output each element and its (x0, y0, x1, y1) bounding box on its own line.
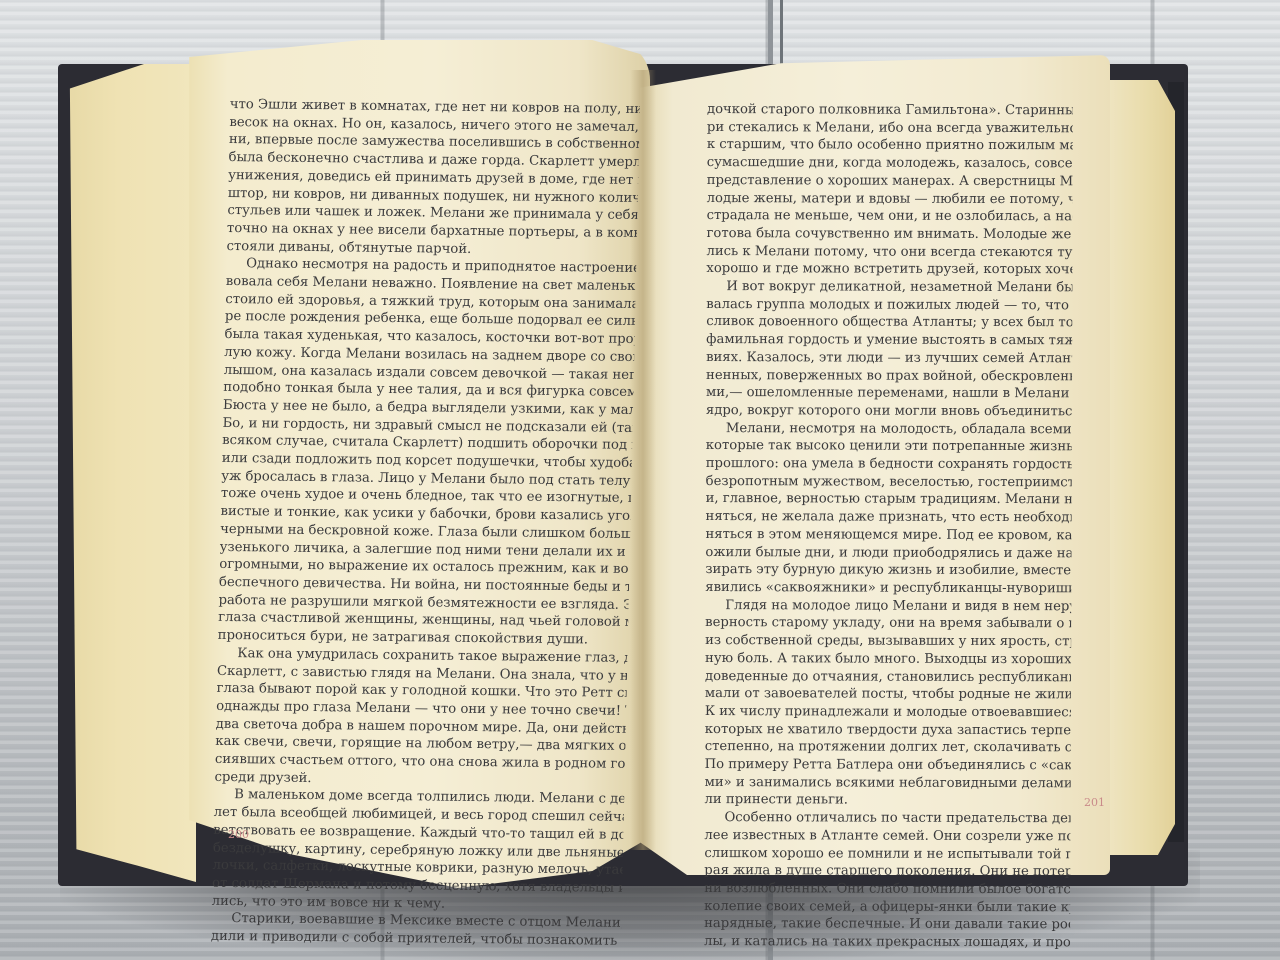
right-page-text: дочкой старого полковника Гамильтона». С… (704, 101, 1073, 952)
text-line: ри стекались к Мелани, ибо она всегда ув… (707, 119, 1073, 138)
text-line: Особенно отличались по части предательст… (704, 809, 1070, 828)
text-line: готова была сочувственно им внимать. Мол… (707, 225, 1073, 244)
text-line: сливок довоенного общества Атланты; у вс… (706, 313, 1072, 332)
text-line: доведенные до отчаяния, становились респ… (705, 667, 1071, 686)
text-line: лодые жены, матери и вдовы — любили ее п… (707, 190, 1073, 209)
text-line: рая жила в душе старшего поколения. Они … (704, 862, 1070, 881)
text-line: ли принести деньги. (705, 791, 1071, 810)
text-line: ми» и занимались всякими неблаговидными … (705, 774, 1071, 793)
text-line: представление о хороших манерах. А сверс… (707, 172, 1073, 191)
text-line: из собственной среды, вызывавших у них я… (705, 632, 1071, 651)
text-line: безропотным мужеством, веселостью, госте… (706, 473, 1072, 492)
left-page-stack (66, 64, 196, 882)
plank-gap (780, 0, 783, 70)
page-number-left: 200 (228, 828, 249, 841)
text-line: которые так высоко ценили эти потрепанны… (706, 437, 1072, 456)
text-line: нарядные, такие беспечные. И они давали … (704, 915, 1070, 934)
text-line: И вот вокруг деликатной, незаметной Мела… (706, 278, 1072, 297)
text-line: хорошо и где можно встретить друзей, кот… (706, 260, 1072, 279)
text-line: няться, не желала даже признать, что ест… (706, 508, 1072, 527)
text-line: виях. Казалось, эти люди — из лучших сем… (706, 349, 1072, 368)
text-line: сумасшедшие дни, когда молодежь, казалос… (707, 154, 1073, 173)
text-line: слишком хорошо ее помнили и не испытывал… (704, 845, 1070, 864)
text-line: колепие своих семей, а офицеры-янки были… (704, 898, 1070, 917)
text-line: ни возлюбленных. Они слабо помнили былое… (704, 880, 1070, 899)
text-line: зирать эту бурную дикую жизнь и изобилие… (705, 561, 1071, 580)
text-line: прошлого: она умела в бедности сохранять… (706, 455, 1072, 474)
text-line: няться в этом меняющемся мире. Под ее кр… (705, 526, 1071, 545)
text-line: дочкой старого полковника Гамильтона». С… (707, 101, 1073, 120)
text-line: и, главное, верностью старым традициям. … (706, 490, 1072, 509)
text-line: ми,— ошеломленные переменами, нашли в Ме… (706, 384, 1072, 403)
text-line: ненных, поверженных во прах войной, обес… (706, 367, 1072, 386)
text-line: К их числу принадлежали и молодые отвоев… (705, 703, 1071, 722)
text-line: лись к Мелани потому, что они всегда сте… (706, 243, 1072, 262)
text-line: лее известных в Атланте семей. Они созре… (704, 827, 1070, 846)
text-line: которых не хватило твердости духа запаст… (705, 721, 1071, 740)
text-line: ную боль. А таких было много. Выходцы из… (705, 650, 1071, 669)
text-line: Мелани, несмотря на молодость, обладала … (706, 420, 1072, 439)
text-line: фамильная гордость и умение выстоять в с… (706, 331, 1072, 350)
page-number-right: 201 (1084, 796, 1105, 809)
text-line: валась группа молодых и пожилых людей — … (706, 296, 1072, 315)
text-line: страдала не меньше, чем они, и не озлоби… (707, 207, 1073, 226)
text-line: ожили былые дни, и люди приободрялись и … (705, 544, 1071, 563)
left-page-text: что Эшли живет в комнатах, где нет ни ко… (211, 96, 640, 951)
text-line: ядро, вокруг которого они могли вновь об… (706, 402, 1072, 421)
text-line: лы, и катались на таких прекрасных лошад… (704, 933, 1070, 952)
text-line: явились «саквояжники» и республиканцы-ну… (705, 579, 1071, 598)
text-line: к старшим, что было особенно приятно пож… (707, 136, 1073, 155)
text-line: Глядя на молодое лицо Мелани и видя в не… (705, 597, 1071, 616)
text-line: По примеру Ретта Батлера они объединялис… (705, 756, 1071, 775)
text-line: верность старому укладу, они на время за… (705, 614, 1071, 633)
text-line: мали от завоевателей посты, чтобы родные… (705, 685, 1071, 704)
text-line: степенно, на протяжении долгих лет, скол… (705, 738, 1071, 757)
